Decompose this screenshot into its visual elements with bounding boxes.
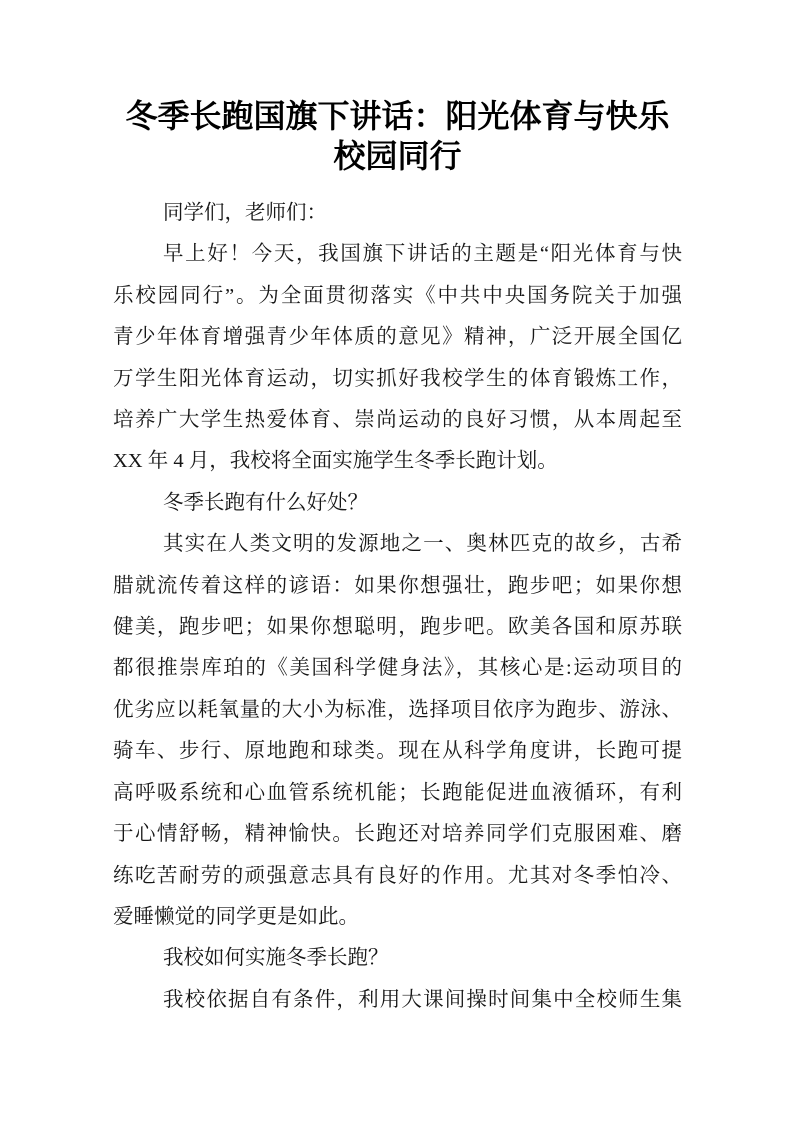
document-line: 乐校园同行”。为全面贯彻落实《中共中央国务院关于加强 — [113, 276, 682, 317]
document-line: XX 年 4 月，我校将全面实施学生冬季长跑计划。 — [113, 441, 682, 482]
document-page: 冬季长跑国旗下讲话：阳光体育与快乐校园同行 同学们，老师们：早上好！今天，我国旗… — [0, 0, 793, 1122]
document-line: 骑车、步行、原地跑和球类。现在从科学角度讲，长跑可提 — [113, 731, 682, 772]
document-line: 冬季长跑有什么好处？ — [113, 483, 682, 524]
document-line: 高呼吸系统和心血管系统机能；长跑能促进血液循环，有利 — [113, 773, 682, 814]
document-line: 优劣应以耗氧量的大小为标准，选择项目依序为跑步、游泳、 — [113, 690, 682, 731]
document-line: 早上好！今天，我国旗下讲话的主题是“阳光体育与快 — [113, 234, 682, 275]
paragraph: 其实在人类文明的发源地之一、奥林匹克的故乡，古希腊就流传着这样的谚语：如果你想强… — [113, 524, 682, 938]
document-body: 同学们，老师们：早上好！今天，我国旗下讲话的主题是“阳光体育与快乐校园同行”。为… — [113, 193, 682, 1021]
document-line: 青少年体育增强青少年体质的意见》精神，广泛开展全国亿 — [113, 317, 682, 358]
document-line: 于心情舒畅，精神愉快。长跑还对培养同学们克服困难、磨 — [113, 814, 682, 855]
title-line: 冬季长跑国旗下讲话：阳光体育与快乐 — [113, 96, 682, 136]
document-line: 同学们，老师们： — [113, 193, 682, 234]
document-line: 我校如何实施冬季长跑？ — [113, 938, 682, 979]
paragraph: 早上好！今天，我国旗下讲话的主题是“阳光体育与快乐校园同行”。为全面贯彻落实《中… — [113, 234, 682, 482]
document-title: 冬季长跑国旗下讲话：阳光体育与快乐校园同行 — [113, 96, 682, 176]
document-line: 其实在人类文明的发源地之一、奥林匹克的故乡，古希 — [113, 524, 682, 565]
document-line: 我校依据自有条件，利用大课间操时间集中全校师生集 — [113, 980, 682, 1021]
document-line: 腊就流传着这样的谚语：如果你想强壮，跑步吧；如果你想 — [113, 566, 682, 607]
document-line: 健美，跑步吧；如果你想聪明，跑步吧。欧美各国和原苏联 — [113, 607, 682, 648]
paragraph: 我校依据自有条件，利用大课间操时间集中全校师生集 — [113, 980, 682, 1021]
paragraph: 冬季长跑有什么好处？ — [113, 483, 682, 524]
document-line: 万学生阳光体育运动，切实抓好我校学生的体育锻炼工作， — [113, 359, 682, 400]
paragraph: 同学们，老师们： — [113, 193, 682, 234]
document-line: 培养广大学生热爱体育、崇尚运动的良好习惯，从本周起至 — [113, 400, 682, 441]
document-line: 都很推崇库珀的《美国科学健身法》，其核心是:运动项目的 — [113, 648, 682, 689]
paragraph: 我校如何实施冬季长跑？ — [113, 938, 682, 979]
title-line: 校园同行 — [113, 136, 682, 176]
document-line: 练吃苦耐劳的顽强意志具有良好的作用。尤其对冬季怕冷、 — [113, 856, 682, 897]
document-line: 爱睡懒觉的同学更是如此。 — [113, 897, 682, 938]
